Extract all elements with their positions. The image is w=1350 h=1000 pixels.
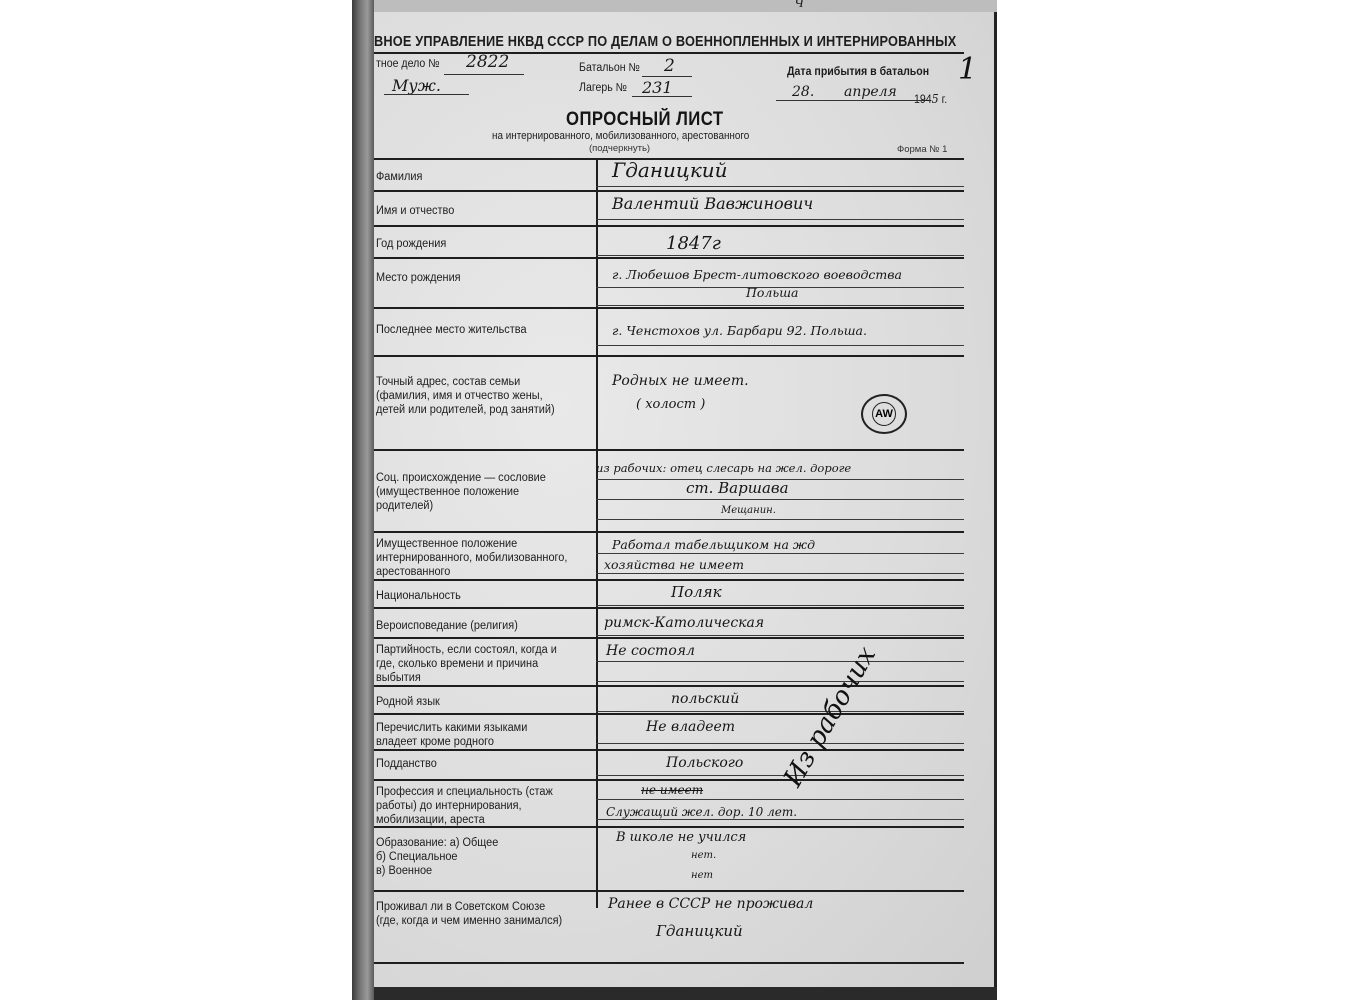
field-row-religion: Вероисповедание (религия) римск-Католиче… (374, 607, 964, 639)
field-answer-line2: ст. Варшава (686, 479, 789, 497)
field-row-family: Точный адрес, состав семьи (фамилия, имя… (374, 355, 964, 451)
page-number: 1 (958, 52, 977, 87)
field-answer: из рабочих: отец слесарь на жел. дороге (596, 461, 851, 475)
field-answer: Польского (666, 755, 743, 771)
archive-stamp-letters: AW (872, 402, 896, 426)
field-label: Место рождения (376, 271, 571, 285)
arrival-underline (776, 100, 931, 101)
field-answer-line2: Польша (746, 285, 798, 300)
battalion-underline (642, 76, 692, 77)
field-row-property: Имущественное положение интернированного… (374, 531, 964, 581)
field-row-surname: Фамилия Гданицкий (374, 158, 964, 192)
field-answer: Не состоял (606, 643, 695, 659)
ministry-header: ВНОЕ УПРАВЛЕНИЕ НКВД СССР ПО ДЕЛАМ О ВОЕ… (374, 34, 956, 50)
field-answer: Служащий жел. дор. 10 лет. (606, 805, 797, 819)
field-row-citizenship: Подданство Польского (374, 749, 964, 781)
sex-underline (384, 94, 469, 95)
field-answer: Работал табельщиком на жд (612, 537, 815, 552)
field-row-name: Имя и отчество Валентий Вавжинович (374, 190, 964, 227)
underline-instruction: (подчеркнуть) (589, 143, 650, 154)
field-answer: Гданицкий (612, 158, 728, 182)
arrival-day: 28. (792, 84, 814, 100)
field-answer: Поляк (671, 583, 722, 601)
field-label: Точный адрес, состав семьи (фамилия, имя… (376, 375, 571, 417)
field-answer-line2: ( холост ) (636, 397, 705, 412)
field-label: Имя и отчество (376, 204, 571, 218)
field-label: Родной язык (376, 695, 571, 709)
battalion-label: Батальон № (579, 62, 640, 74)
archive-stamp: AW (861, 394, 907, 434)
field-answer: римск-Католическая (604, 615, 764, 631)
field-row-nationality: Национальность Поляк (374, 579, 964, 609)
field-row-ussr-residence: Проживал ли в Советском Союзе (где, когд… (374, 890, 964, 964)
field-row-birth-year: Год рождения 1847г (374, 225, 964, 259)
field-label: Перечислить какими языками владеет кроме… (376, 721, 571, 749)
table-bottom-border (374, 962, 964, 966)
book-binding (352, 0, 374, 1000)
field-answer-line2: нет. (691, 850, 716, 861)
field-answer: Валентий Вавжинович (612, 194, 813, 213)
camp-label: Лагерь № (579, 82, 627, 94)
field-row-last-residence: Последнее место жительства г. Ченстохов … (374, 307, 964, 357)
field-answer-struck: не имеет (641, 783, 703, 797)
field-label: Вероисповедание (религия) (376, 619, 571, 633)
field-label: Проживал ли в Советском Союзе (где, когд… (376, 900, 571, 928)
header-divider (374, 52, 964, 54)
field-label: Соц. происхождение — сословие (имуществе… (376, 471, 571, 513)
field-label: Партийность, если состоял, когда и где, … (376, 643, 571, 685)
field-answer-line2: хозяйства не имеет (604, 557, 744, 572)
field-answer: польский (671, 691, 739, 707)
field-row-birthplace: Место рождения г. Любешов Брест-литовско… (374, 257, 964, 309)
field-answer: Родных не имеет. (612, 373, 749, 389)
field-label: Национальность (376, 589, 571, 603)
field-label: Имущественное положение интернированного… (376, 537, 571, 579)
field-answer: г. Любешов Брест-литовского воеводства (612, 267, 902, 282)
field-answer: В школе не учился (616, 830, 746, 845)
case-number: 2822 (466, 52, 509, 72)
field-answer: г. Ченстохов ул. Барбари 92. Польша. (612, 323, 867, 338)
field-answer: Не владеет (646, 719, 735, 735)
field-answer-line3: нет (691, 870, 713, 881)
form-title: ОПРОСНЫЙ ЛИСТ (566, 109, 723, 131)
field-answer: Ранее в СССР не проживал (608, 896, 813, 912)
battalion-number: 2 (664, 56, 675, 76)
field-answer-line3: Мещанин. (721, 505, 776, 516)
arrival-year-suffix: г. (942, 94, 948, 106)
field-label: Профессия и специальность (стаж работы) … (376, 785, 571, 827)
field-label: Подданство (376, 757, 571, 771)
document-photo: Ч ВНОЕ УПРАВЛЕНИЕ НКВД СССР ПО ДЕЛАМ О В… (352, 0, 997, 1000)
arrival-month: апреля (844, 84, 897, 100)
arrival-label: Дата прибытия в батальон (787, 66, 929, 78)
arrival-year-written: 5 (932, 92, 939, 106)
case-underline (444, 74, 524, 75)
case-label: тное дело № (376, 58, 440, 70)
arrival-year-printed: 194 (914, 94, 932, 106)
form-number: Форма № 1 (897, 144, 947, 155)
field-label: Последнее место жительства (376, 323, 571, 337)
field-answer: 1847г (666, 233, 721, 254)
camp-number: 231 (642, 78, 673, 97)
field-row-education: Образование: а) Общее б) Специальное в) … (374, 826, 964, 892)
field-row-social-origin: Соц. происхождение — сословие (имуществе… (374, 449, 964, 533)
field-row-profession: Профессия и специальность (стаж работы) … (374, 779, 964, 828)
field-label: Фамилия (376, 170, 571, 184)
field-label: Образование: а) Общее б) Специальное в) … (376, 836, 571, 878)
field-row-native-language: Родной язык польский (374, 685, 964, 715)
top-strip-fragment: Ч (794, 0, 804, 12)
field-label: Год рождения (376, 237, 571, 251)
signature: Гданицкий (656, 922, 743, 940)
sex-value: Муж. (392, 76, 441, 95)
arrival-year: 1945 г. (914, 92, 947, 106)
questionnaire-sheet: ВНОЕ УПРАВЛЕНИЕ НКВД СССР ПО ДЕЛАМ О ВОЕ… (374, 12, 997, 987)
field-row-other-languages: Перечислить какими языками владеет кроме… (374, 713, 964, 751)
form-subtitle: на интернированного, мобилизованного, ар… (492, 130, 749, 142)
